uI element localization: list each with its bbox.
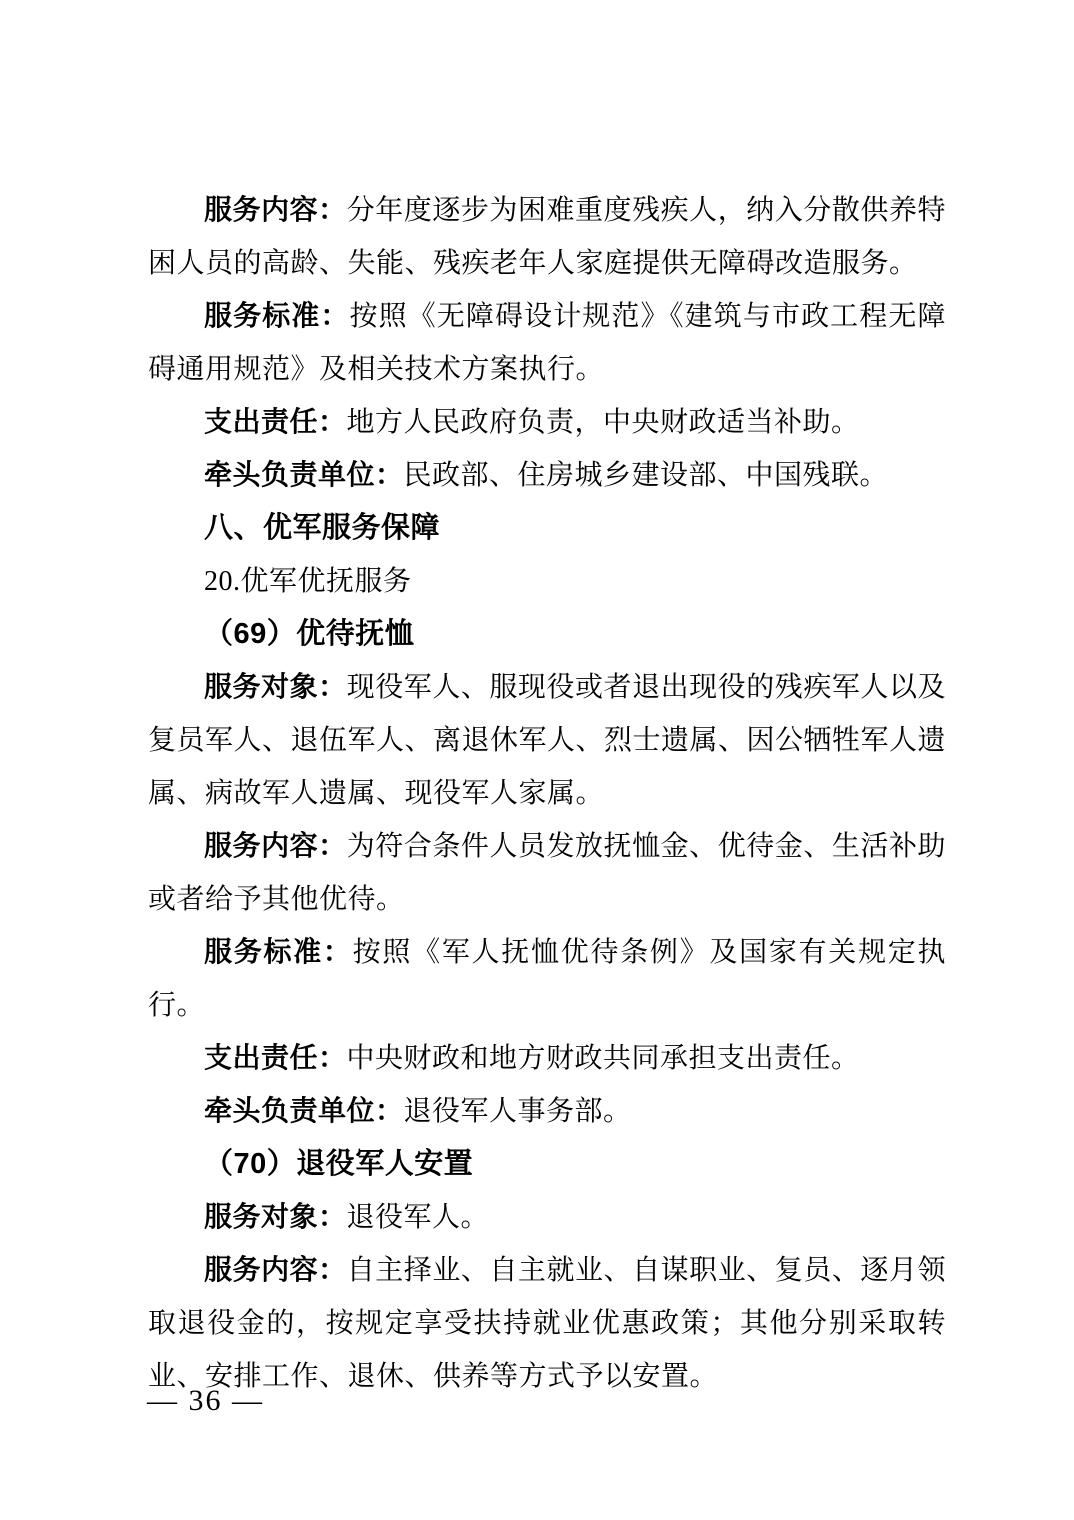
paragraph-expenditure-responsibility: 支出责任：地方人民政府负责，中央财政适当补助。 bbox=[148, 396, 946, 449]
subheading-20: 20.优军优抚服务 bbox=[148, 555, 946, 608]
field-text: 地方人民政府负责，中央财政适当补助。 bbox=[347, 407, 860, 438]
field-label: 服务对象： bbox=[204, 672, 347, 703]
paragraph-service-content: 服务内容：自主择业、自主就业、自谋职业、复员、逐月领取退役金的，按规定享受扶持就… bbox=[148, 1244, 946, 1403]
paragraph-service-content: 服务内容：为符合条件人员发放抚恤金、优待金、生活补助或者给予其他优待。 bbox=[148, 820, 946, 926]
item-heading-69: （69）优待抚恤 bbox=[148, 608, 946, 661]
field-label: 服务内容： bbox=[204, 831, 347, 862]
page-number: — 36 — bbox=[147, 1383, 264, 1419]
paragraph-lead-unit: 牵头负责单位：退役军人事务部。 bbox=[148, 1085, 946, 1138]
paragraph-service-content: 服务内容：分年度逐步为困难重度残疾人，纳入分散供养特困人员的高龄、失能、残疾老年… bbox=[148, 184, 946, 290]
field-text: 民政部、住房城乡建设部、中国残联。 bbox=[404, 460, 889, 491]
paragraph-service-standard: 服务标准：按照《无障碍设计规范》《建筑与市政工程无障碍通用规范》及相关技术方案执… bbox=[148, 290, 946, 396]
section-heading-8: 八、优军服务保障 bbox=[148, 502, 946, 555]
field-label: 支出责任： bbox=[204, 407, 347, 438]
field-label: 服务内容： bbox=[204, 195, 347, 226]
document-body: 服务内容：分年度逐步为困难重度残疾人，纳入分散供养特困人员的高龄、失能、残疾老年… bbox=[148, 184, 946, 1403]
field-text: 中央财政和地方财政共同承担支出责任。 bbox=[347, 1043, 860, 1074]
paragraph-service-target: 服务对象：退役军人。 bbox=[148, 1191, 946, 1244]
paragraph-service-target: 服务对象：现役军人、服现役或者退出现役的残疾军人以及复员军人、退伍军人、离退休军… bbox=[148, 661, 946, 820]
item-heading-70: （70）退役军人安置 bbox=[148, 1138, 946, 1191]
field-text: 退役军人事务部。 bbox=[404, 1096, 632, 1127]
field-label: 服务标准： bbox=[204, 937, 353, 968]
field-text: 退役军人。 bbox=[347, 1202, 490, 1233]
paragraph-lead-unit: 牵头负责单位：民政部、住房城乡建设部、中国残联。 bbox=[148, 449, 946, 502]
field-label: 牵头负责单位： bbox=[204, 460, 404, 491]
paragraph-expenditure-responsibility: 支出责任：中央财政和地方财政共同承担支出责任。 bbox=[148, 1032, 946, 1085]
field-label: 牵头负责单位： bbox=[204, 1096, 404, 1127]
field-label: 支出责任： bbox=[204, 1043, 347, 1074]
field-label: 服务标准： bbox=[204, 301, 350, 332]
paragraph-service-standard: 服务标准：按照《军人抚恤优待条例》及国家有关规定执行。 bbox=[148, 926, 946, 1032]
field-label: 服务内容： bbox=[204, 1255, 347, 1286]
field-label: 服务对象： bbox=[204, 1202, 347, 1233]
document-page: 服务内容：分年度逐步为困难重度残疾人，纳入分散供养特困人员的高龄、失能、残疾老年… bbox=[0, 0, 1074, 1520]
